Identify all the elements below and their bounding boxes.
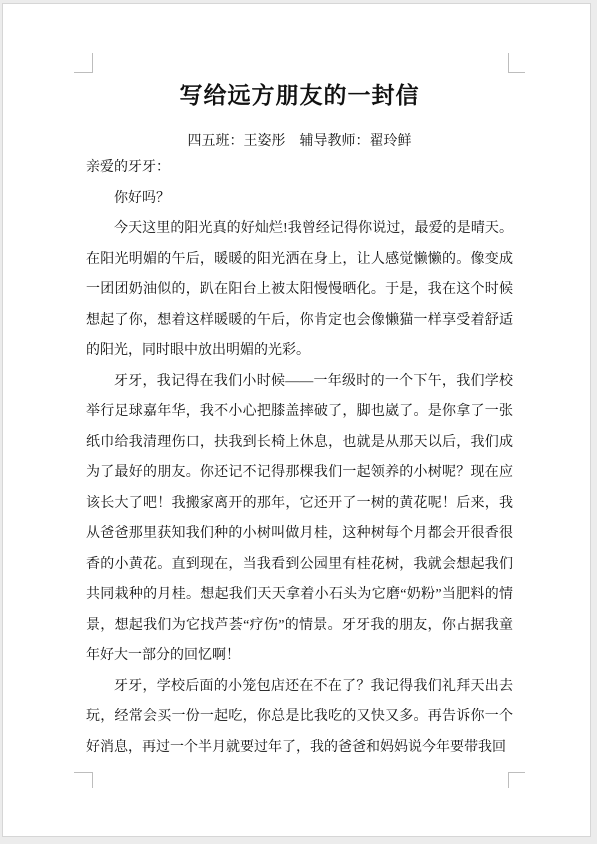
margin-mark-top-left-icon: [74, 53, 93, 73]
salutation: 亲爱的牙牙：: [86, 153, 513, 184]
letter-title: 写给远方朋友的一封信: [86, 79, 513, 113]
page-sheet: 写给远方朋友的一封信 四五班：王姿彤 辅导教师：翟玲鲜 亲爱的牙牙： 你好吗？ …: [2, 3, 591, 837]
paragraph-news: 牙牙，学校后面的小笼包店还在不在了？我记得我们礼拜天出去玩，经常会买一份一起吃，…: [86, 672, 513, 764]
margin-mark-top-right-icon: [508, 53, 525, 73]
paragraph-sunshine: 今天这里的阳光真的好灿烂!我曾经记得你说过，最爱的是晴天。在阳光明媚的午后，暖暖…: [86, 214, 513, 367]
paragraph-tree-memory: 牙牙，我记得在我们小时候——一年级时的一个下午，我们学校举行足球嘉年华，我不小心…: [86, 367, 513, 672]
margin-mark-bottom-left-icon: [74, 772, 93, 788]
letter-content: 写给远方朋友的一封信 四五班：王姿彤 辅导教师：翟玲鲜 亲爱的牙牙： 你好吗？ …: [86, 79, 513, 763]
letter-byline: 四五班：王姿彤 辅导教师：翟玲鲜: [86, 131, 513, 153]
paragraph-greeting: 你好吗？: [86, 184, 513, 215]
margin-mark-bottom-right-icon: [508, 772, 525, 788]
letter-body: 亲爱的牙牙： 你好吗？ 今天这里的阳光真的好灿烂!我曾经记得你说过，最爱的是晴天…: [86, 153, 513, 763]
document-viewport: { "page": { "background_color": "#ececec…: [0, 0, 597, 844]
